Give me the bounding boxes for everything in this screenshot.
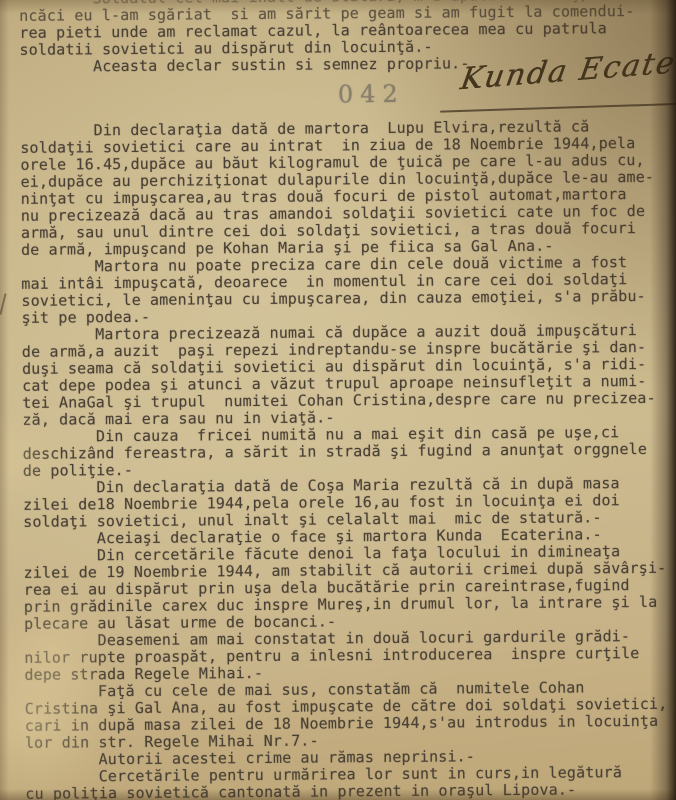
typewritten-page: Soldatul cel mai inalt de statura, m'a a… (0, 0, 676, 800)
document-photo: Soldatul cel mai inalt de statura, m'a a… (0, 0, 676, 800)
body-paragraphs: Din declaraţia dată de martora Lupu Elvi… (20, 118, 676, 800)
signature-underline (440, 102, 676, 112)
text-line: cu poliţia sovietică cantonată in prezen… (25, 781, 676, 800)
stamp-row: 042 Kunda Ecaterin (20, 71, 676, 123)
page-number-stamp: 042 (338, 80, 405, 109)
